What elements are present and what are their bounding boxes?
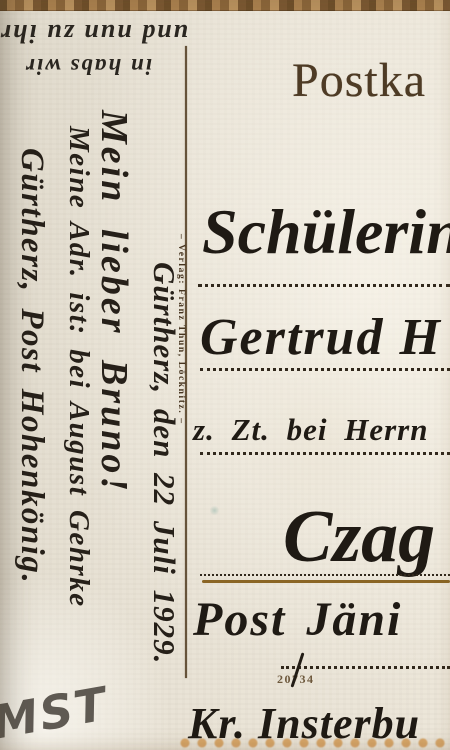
- message-line-address-info: Meine Adr. ist: bei August Gehrke: [47, 126, 93, 646]
- address-rule-5: [281, 666, 450, 669]
- address-rule-4: [200, 574, 450, 576]
- address-line-post-office: Post Jäni: [193, 596, 402, 644]
- postcard-photo: – Verlag: Franz Thun, Löcknitz. – Postka…: [0, 0, 450, 750]
- address-underline: [202, 580, 450, 583]
- address-rule-3: [200, 452, 450, 455]
- message-line-dateline: Gürtherz, den 22 Juli 1929.: [128, 262, 180, 704]
- address-rule-2: [200, 368, 450, 371]
- address-line-care-of: z. Zt. bei Herrn: [193, 414, 428, 445]
- ink-fleck: [210, 505, 219, 516]
- pencil-corner-mark: MST: [0, 676, 112, 749]
- postcard-title: Postka: [292, 53, 426, 108]
- overflow-note-2: in habs wir: [0, 44, 152, 78]
- address-line-recipient: Schülerin: [202, 200, 450, 264]
- overflow-note-1: und nun zu ihr: [0, 8, 188, 46]
- message-line-salutation: Mein lieber Bruno!: [89, 110, 133, 540]
- message-line-post-info: Gürtherz, Post Hohenkönig.: [2, 148, 48, 645]
- bottom-edge-stains: [180, 736, 450, 750]
- address-line-name: Gertrud H: [200, 312, 442, 364]
- address-rule-1: [198, 284, 450, 287]
- address-line-town: Czag: [283, 500, 435, 574]
